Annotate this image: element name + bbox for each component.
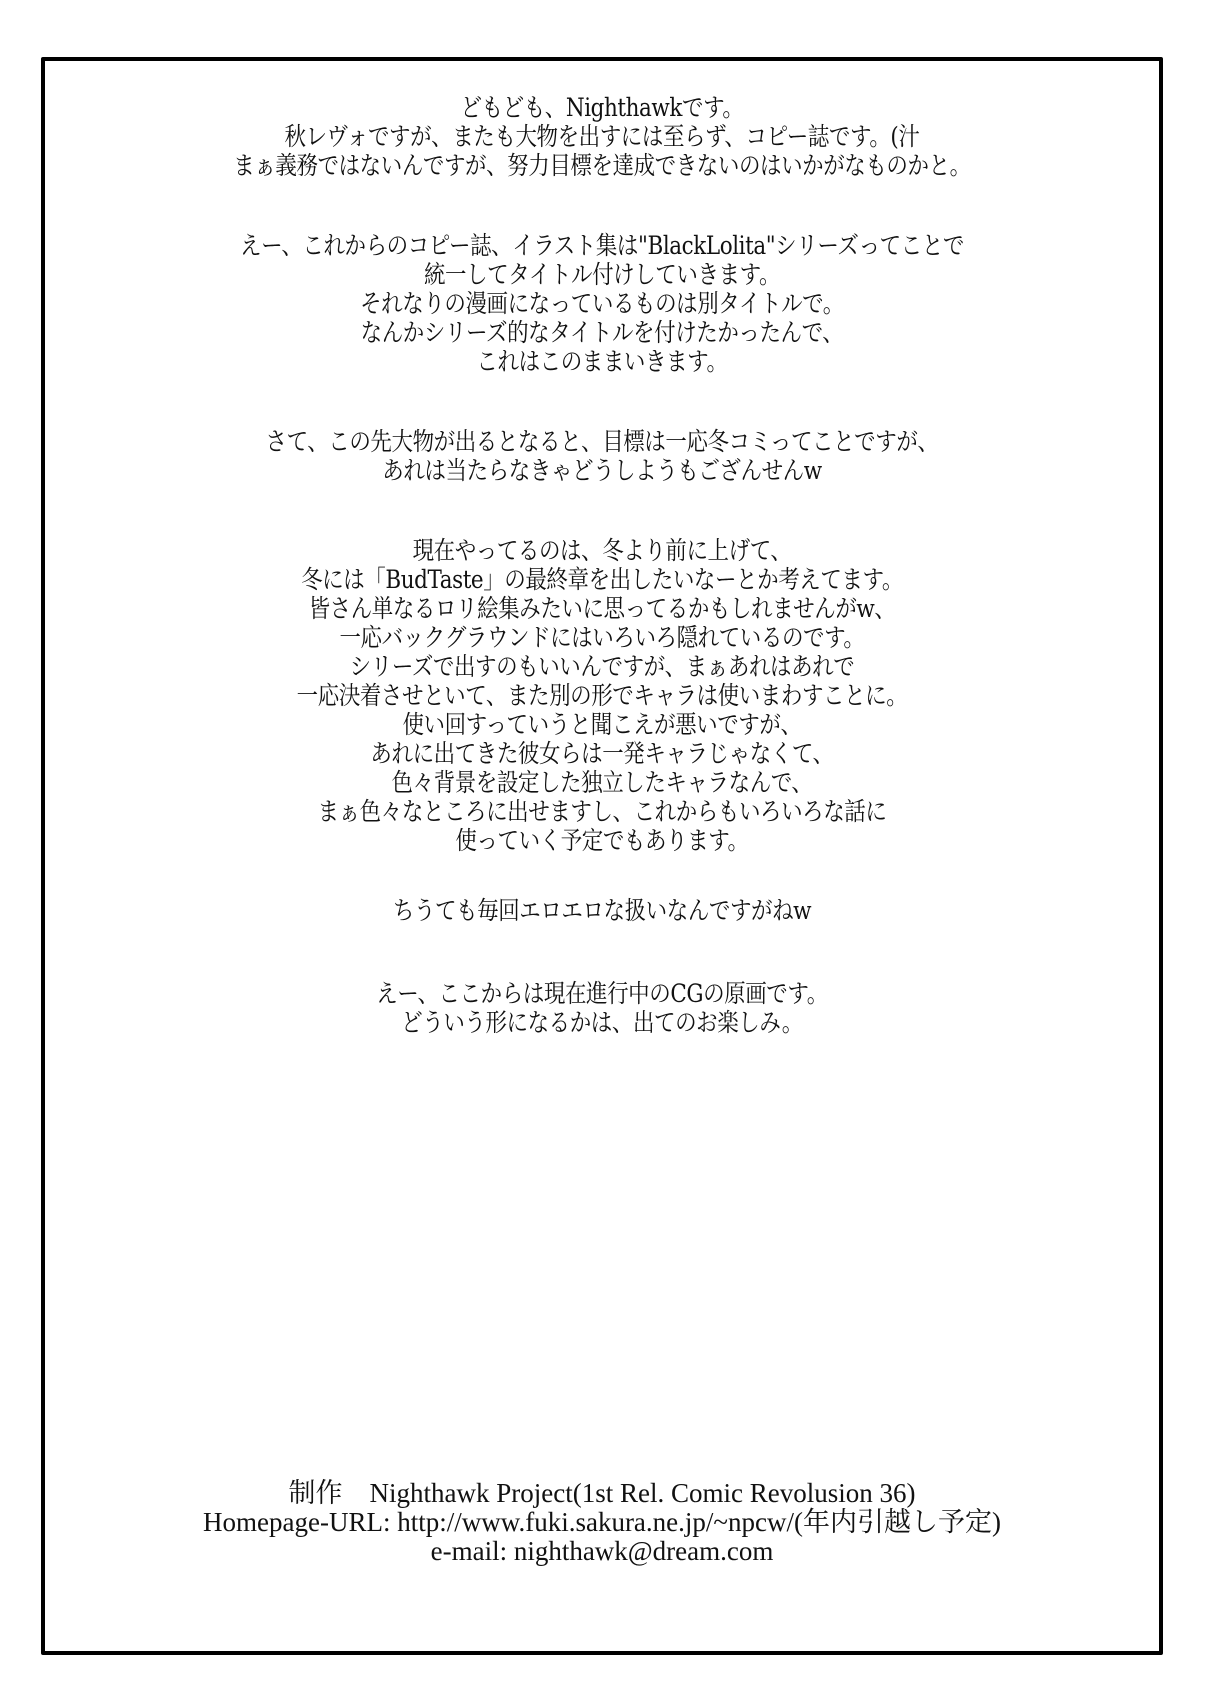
text-line: 統一してタイトル付けしていきます。 (123, 260, 1081, 289)
paragraph-spacer (45, 180, 1159, 231)
text-line: 使い回すっていうと聞こえが悪いですが、 (123, 710, 1081, 739)
text-line: 使っていく予定でもあります。 (123, 826, 1081, 855)
text-line: 一応バックグラウンドにはいろいろ隠れているのです。 (123, 623, 1081, 652)
text-line: 色々背景を設定した独立したキャラなんで、 (123, 768, 1081, 797)
text-line: 秋レヴォですが、またも大物を出すには至らず、コピー誌です。(汁 (123, 122, 1081, 151)
text-line: えー、これからのコピー誌、イラスト集は"BlackLolita"シリーズってこと… (123, 231, 1081, 260)
text-line: これはこのままいきます。 (123, 347, 1081, 376)
paragraph-cg-intro: えー、ここからは現在進行中のCGの原画です。 どういう形になるかは、出てのお楽し… (45, 979, 1159, 1037)
text-line: まぁ色々なところに出せますし、これからもいろいろな話に (123, 797, 1081, 826)
text-line: さて、この先大物が出るとなると、目標は一応冬コミってことですが、 (123, 427, 1081, 456)
text-line: どういう形になるかは、出てのお楽しみ。 (123, 1008, 1081, 1037)
paragraph-spacer (45, 485, 1159, 536)
paragraph-spacer (45, 376, 1159, 427)
production-credit: 制作 Nighthawk Project(1st Rel. Comic Revo… (45, 1479, 1159, 1508)
paragraph-current-work: 現在やってるのは、冬より前に上げて、 冬には「BudTaste」の最終章を出した… (45, 536, 1159, 855)
page-frame: どもども、Nighthawkです。 秋レヴォですが、またも大物を出すには至らず、… (41, 57, 1163, 1655)
colophon: 制作 Nighthawk Project(1st Rel. Comic Revo… (45, 1479, 1159, 1566)
text-line: 冬には「BudTaste」の最終章を出したいなーとか考えてます。 (123, 565, 1081, 594)
text-line: 一応決着させといて、また別の形でキャラは使いまわすことに。 (123, 681, 1081, 710)
paragraph-aside: ちうても毎回エロエロな扱いなんですがねw (45, 896, 1159, 925)
text-line: えー、ここからは現在進行中のCGの原画です。 (123, 979, 1081, 1008)
text-line: 現在やってるのは、冬より前に上げて、 (123, 536, 1081, 565)
homepage-url: Homepage-URL: http://www.fuki.sakura.ne.… (45, 1508, 1159, 1537)
text-line: あれは当たらなきゃどうしようもござんせんw (123, 456, 1081, 485)
text-line: それなりの漫画になっているものは別タイトルで。 (123, 289, 1081, 318)
text-line: ちうても毎回エロエロな扱いなんですがねw (123, 896, 1081, 925)
text-line: なんかシリーズ的なタイトルを付けたかったんで、 (123, 318, 1081, 347)
paragraph-greeting: どもども、Nighthawkです。 秋レヴォですが、またも大物を出すには至らず、… (45, 93, 1159, 180)
paragraph-series-title: えー、これからのコピー誌、イラスト集は"BlackLolita"シリーズってこと… (45, 231, 1159, 376)
text-line: どもども、Nighthawkです。 (123, 93, 1081, 122)
text-line: あれに出てきた彼女らは一発キャラじゃなくて、 (123, 739, 1081, 768)
contact-email: e-mail: nighthawk@dream.com (45, 1537, 1159, 1566)
afterword-body: どもども、Nighthawkです。 秋レヴォですが、またも大物を出すには至らず、… (45, 93, 1159, 1037)
text-line: シリーズで出すのもいいんですが、まぁあれはあれで (123, 652, 1081, 681)
paragraph-winter-comiket: さて、この先大物が出るとなると、目標は一応冬コミってことですが、 あれは当たらな… (45, 427, 1159, 485)
paragraph-spacer (45, 855, 1159, 896)
text-line: まぁ義務ではないんですが、努力目標を達成できないのはいかがなものかと。 (123, 151, 1081, 180)
text-line: 皆さん単なるロリ絵集みたいに思ってるかもしれませんがw、 (123, 594, 1081, 623)
paragraph-spacer (45, 925, 1159, 979)
